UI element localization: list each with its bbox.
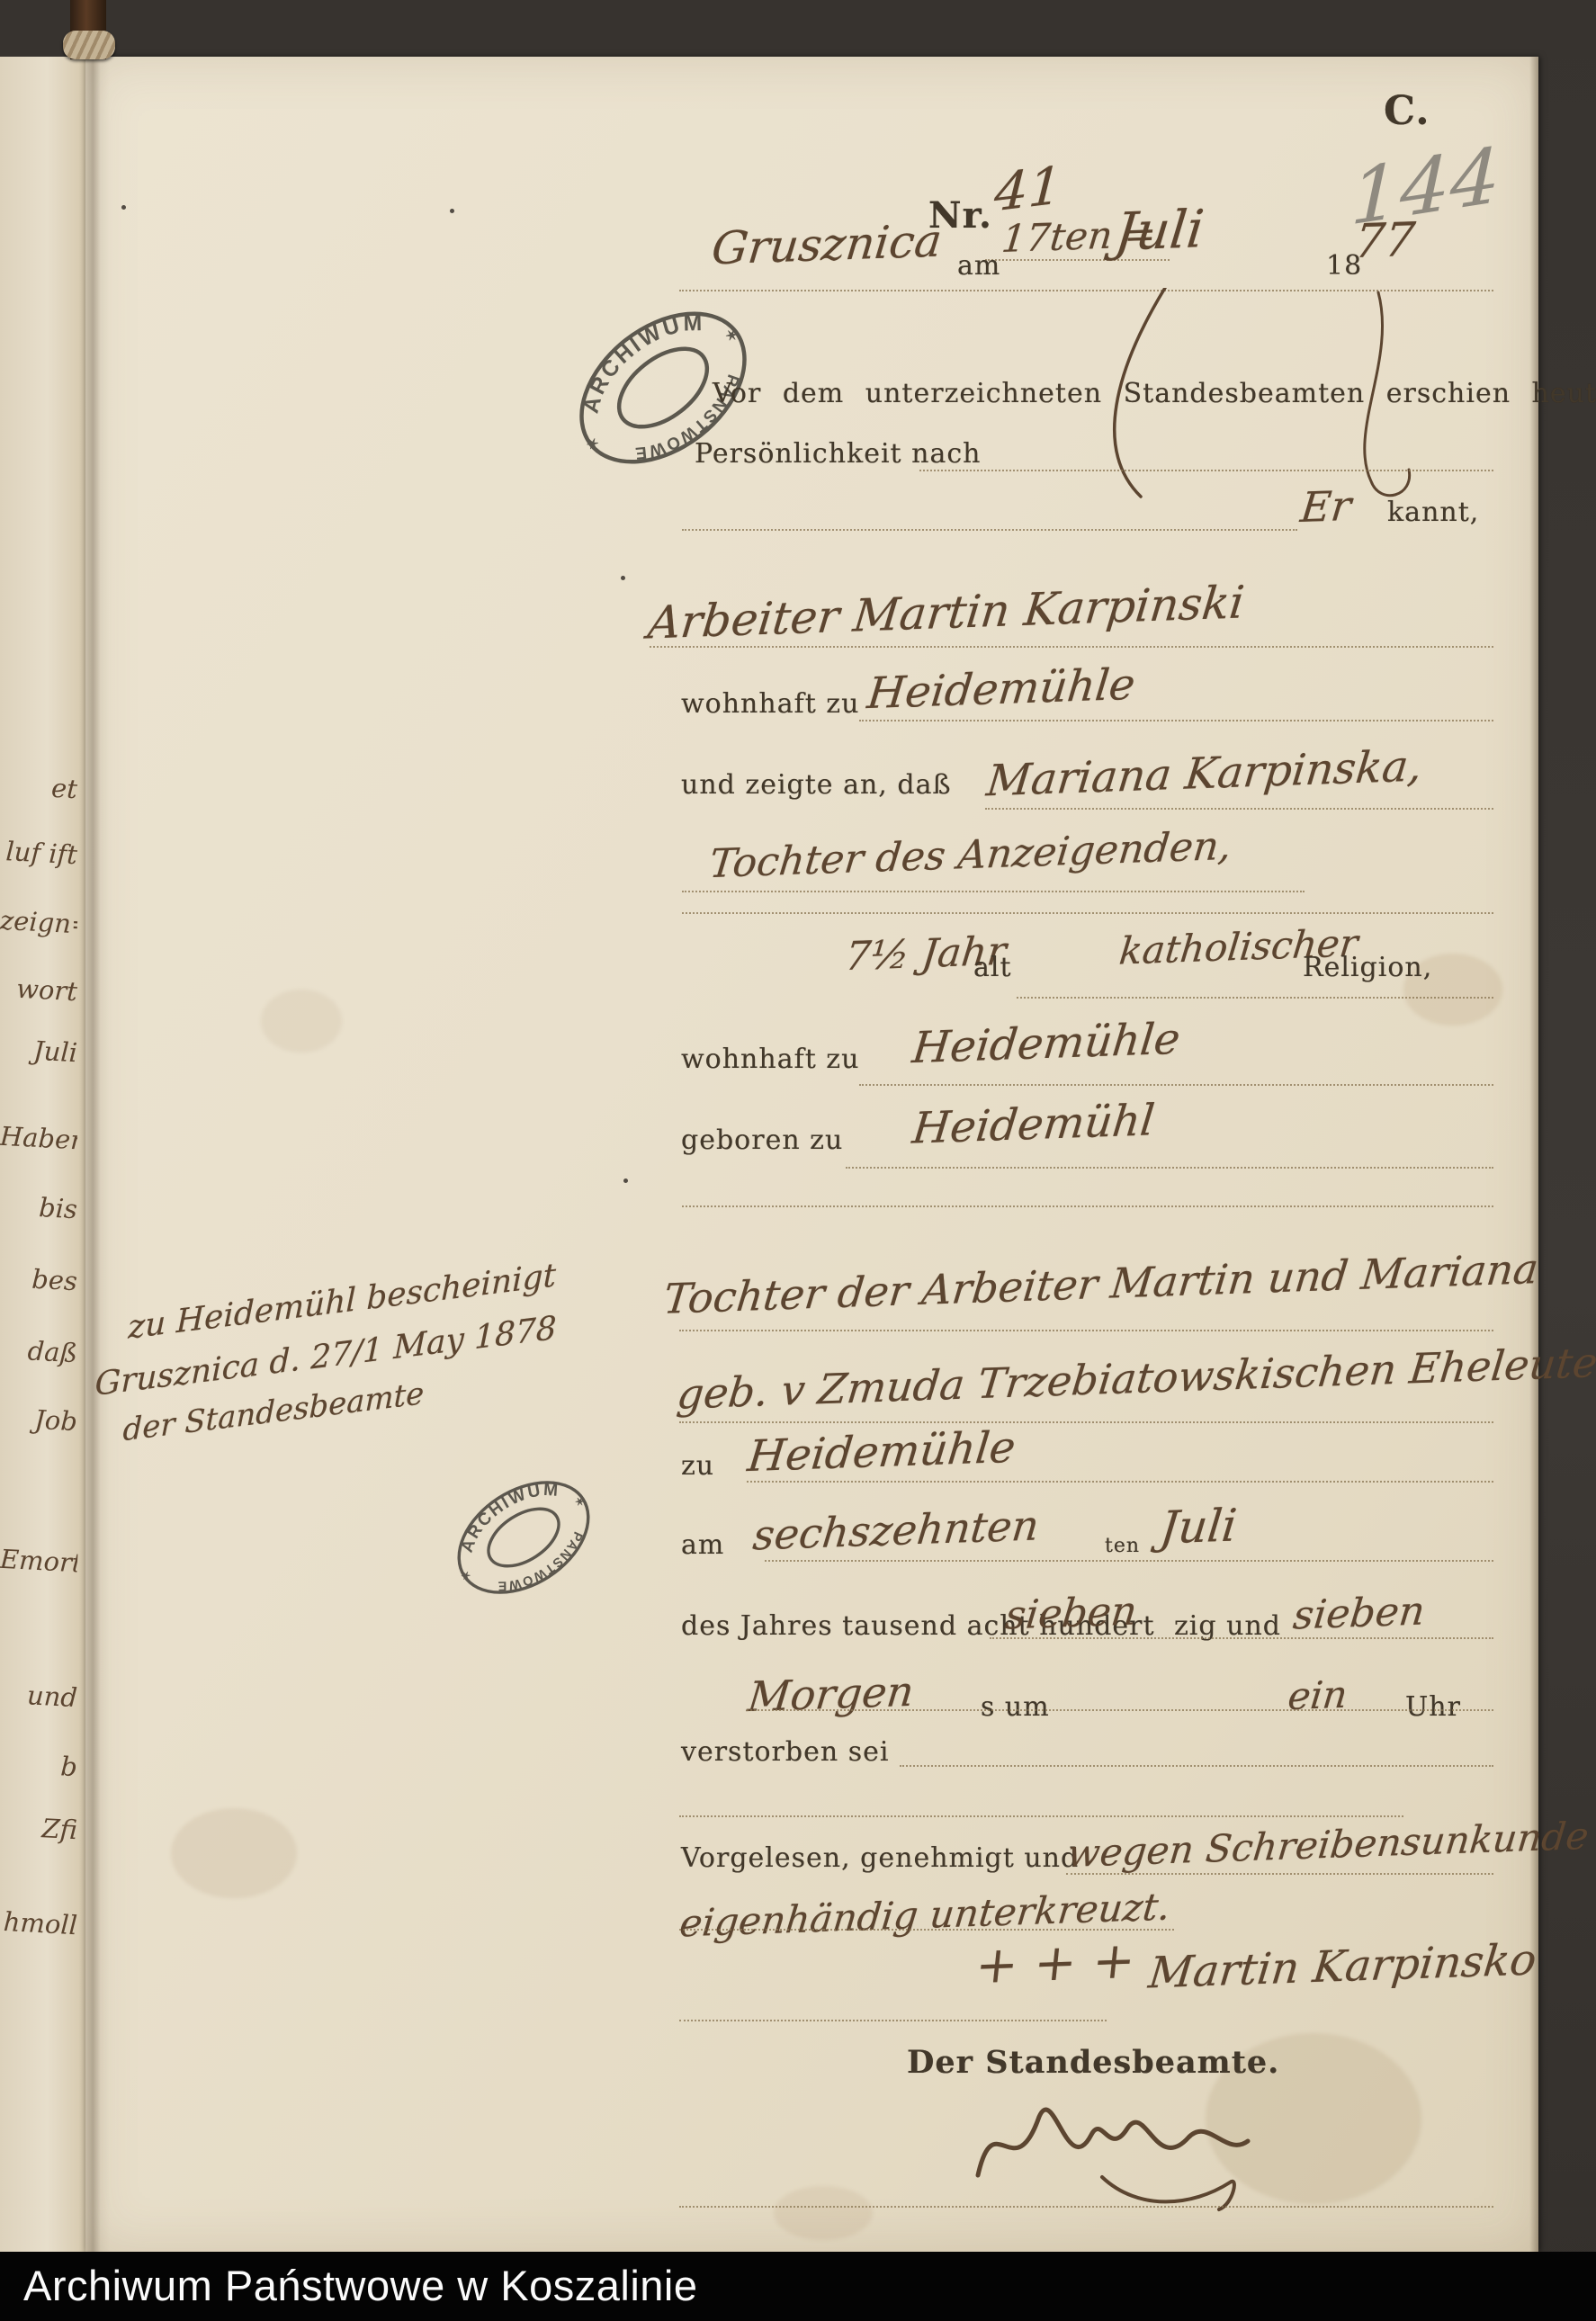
reported-printed: und zeigte an, daß <box>681 769 952 801</box>
dotted-rule <box>682 529 1297 531</box>
paper-speck <box>621 576 625 580</box>
death-month-value: Juli <box>1158 1500 1240 1555</box>
dotted-rule <box>846 1167 1493 1169</box>
dotted-rule <box>679 1330 1493 1331</box>
closing-printed: Vorgelesen, genehmigt und <box>681 1842 1079 1874</box>
dotted-rule <box>682 891 1305 892</box>
death-day-label: am <box>681 1529 724 1561</box>
paper-stain <box>171 1808 297 1898</box>
hour-handwritten: ein <box>1286 1672 1349 1718</box>
dotted-rule <box>1017 997 1493 999</box>
archive-caption-bar: Archiwum Państwowe w Koszalinie <box>0 2252 1596 2321</box>
dotted-rule <box>679 2206 1493 2208</box>
birthplace-value: Heidemühl <box>910 1095 1157 1153</box>
left-page-fragment: Zfi <box>0 1811 78 1845</box>
death-place-label: zu <box>681 1450 714 1482</box>
time-of-day-handwritten: Morgen <box>746 1667 917 1721</box>
left-page-fragment: luf ift <box>0 836 78 870</box>
residence1-label: wohnhaft zu <box>681 688 859 720</box>
residence2-label: wohnhaft zu <box>681 1044 859 1075</box>
dotted-rule <box>990 1637 1493 1639</box>
left-page-fragment: daß <box>0 1334 78 1368</box>
paper-stain <box>261 990 342 1053</box>
am-label: am <box>957 250 1000 282</box>
year-ones-handwritten: sieben <box>1291 1588 1427 1638</box>
dotted-rule <box>765 1560 1493 1562</box>
left-page-fragment: hmoll <box>0 1906 78 1940</box>
left-page-fragment: Juli <box>0 1034 78 1068</box>
left-page-fragment: et <box>0 770 78 804</box>
form-intro-line1: Vor dem unterzeichneten Standesbeamten e… <box>713 378 1596 409</box>
left-page-fragment: und <box>0 1679 78 1713</box>
born-label: geboren zu <box>681 1125 843 1156</box>
uhr-printed: Uhr <box>1405 1691 1461 1723</box>
dotted-rule <box>859 720 1493 721</box>
ten-suffix-printed: ten <box>1105 1535 1140 1557</box>
dotted-rule <box>682 1205 1493 1207</box>
page-fold <box>79 57 110 2252</box>
died-printed: verstorben sei <box>681 1736 889 1768</box>
residence2-value: Heidemühle <box>910 1014 1182 1073</box>
dotted-rule <box>679 1929 1174 1931</box>
dotted-rule <box>679 2020 1107 2021</box>
dotted-rule <box>859 1084 1493 1086</box>
left-page-fragment: Haben <box>0 1121 78 1155</box>
left-page-fragment: zeign= <box>0 905 78 939</box>
s-um-printed: s um <box>981 1691 1050 1723</box>
left-page-edge: et luf ift zeign= wort Juli Haben bis be… <box>0 57 85 2252</box>
binding-cord <box>63 31 115 59</box>
dotted-rule <box>747 1481 1493 1483</box>
left-page-fragment: bes <box>0 1262 78 1296</box>
paper-stain <box>774 2186 873 2240</box>
paper-speck <box>450 209 454 213</box>
month-handwritten: Juli <box>1112 198 1206 262</box>
stamp-star-icon: ✶ <box>722 325 742 346</box>
registrar-signature <box>967 2085 1264 2220</box>
left-page-fragment: Job <box>0 1402 78 1437</box>
religion-printed: Religion, <box>1303 952 1432 983</box>
known-handwritten: Er <box>1298 481 1354 532</box>
dotted-rule <box>985 808 1493 810</box>
dotted-rule <box>919 470 1493 471</box>
dotted-rule <box>1066 1873 1493 1875</box>
document-scan: et luf ift zeign= wort Juli Haben bis be… <box>0 0 1596 2321</box>
dotted-rule <box>747 1709 1493 1711</box>
form-intro-line2: Persönlichkeit nach <box>695 438 981 470</box>
left-page-fragment: b <box>0 1748 78 1782</box>
age-printed: alt <box>973 952 1012 983</box>
paper-speck <box>121 205 126 210</box>
left-page-fragment: Emorten <box>0 1544 78 1578</box>
left-page-fragment: bis <box>0 1190 78 1224</box>
known-printed: kannt, <box>1387 497 1479 528</box>
left-page-fragment: wort <box>0 972 78 1007</box>
registrar-label: Der Standesbeamte. <box>907 2044 1279 2081</box>
dotted-rule <box>679 1421 1493 1423</box>
year-handwritten: 77 <box>1352 213 1418 269</box>
place-name-handwritten: Grusznica <box>709 215 944 275</box>
dotted-rule <box>900 1765 1493 1767</box>
death-place-value: Heidemühle <box>745 1422 1018 1482</box>
paper-speck <box>623 1178 628 1183</box>
dotted-rule <box>682 912 1493 914</box>
dotted-rule <box>679 1815 1403 1817</box>
archive-caption-text: Archiwum Państwowe w Koszalinie <box>23 2261 698 2310</box>
death-day-value: sechszehnten <box>750 1501 1041 1560</box>
year-tens-handwritten: sieben <box>1003 1588 1139 1638</box>
record-number-value: 41 <box>993 155 1063 223</box>
residence1-value: Heidemühle <box>865 659 1137 719</box>
signature-crosses: + + + <box>973 1931 1138 1995</box>
form-corner-letter: C. <box>1384 88 1430 134</box>
dotted-rule <box>650 646 1493 648</box>
